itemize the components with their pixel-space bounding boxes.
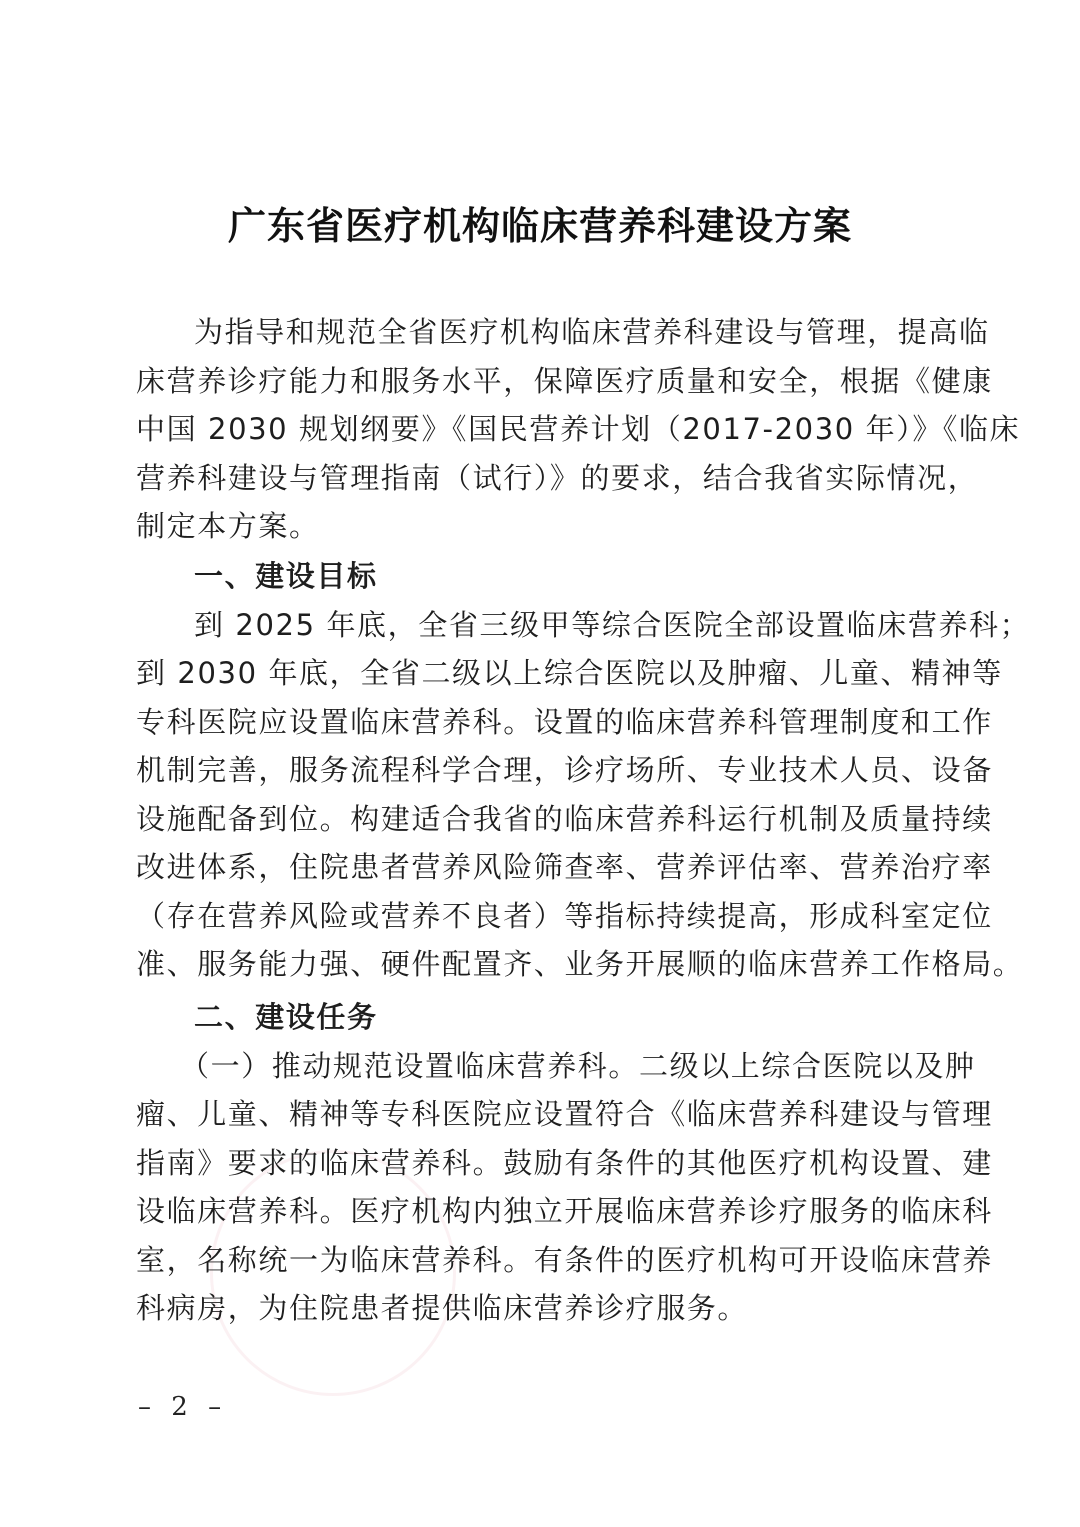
section-construction-goals: 一、建设目标 到 2025 年底，全省三级甲等综合医院全部设置临床营养科； 到 … [136,552,944,989]
text-line: 设临床营养科。医疗机构内独立开展临床营养诊疗服务的临床科 [136,1187,944,1236]
page-number: – 2 – [138,1392,227,1422]
text-line: 到 2025 年底，全省三级甲等综合医院全部设置临床营养科； [136,601,944,650]
section-heading: 二、建设任务 [136,993,944,1042]
intro-paragraph: 为指导和规范全省医疗机构临床营养科建设与管理，提高临 床营养诊疗能力和服务水平，… [136,308,944,551]
section-heading: 一、建设目标 [136,552,944,601]
text-line: 到 2030 年底，全省二级以上综合医院以及肿瘤、儿童、精神等 [136,649,944,698]
text-line: 室，名称统一为临床营养科。有条件的医疗机构可开设临床营养 [136,1236,944,1285]
text-line: 准、服务能力强、硬件配置齐、业务开展顺的临床营养工作格局。 [136,940,944,989]
text-line: 改进体系，住院患者营养风险筛查率、营养评估率、营养治疗率 [136,843,944,892]
text-line: 制定本方案。 [136,502,944,551]
text-line: （一）推动规范设置临床营养科。二级以上综合医院以及肿 [136,1042,944,1091]
text-line: 中国 2030 规划纲要》《国民营养计划（2017-2030 年）》《临床 [136,405,944,454]
document-page: 广东省医疗机构临床营养科建设方案 为指导和规范全省医疗机构临床营养科建设与管理，… [0,0,1080,1527]
text-line: 科病房，为住院患者提供临床营养诊疗服务。 [136,1284,944,1333]
text-line: （存在营养风险或营养不良者）等指标持续提高，形成科室定位 [136,892,944,941]
text-line: 床营养诊疗能力和服务水平，保障医疗质量和安全，根据《健康 [136,357,944,406]
text-line: 设施配备到位。构建适合我省的临床营养科运行机制及质量持续 [136,795,944,844]
text-line: 专科医院应设置临床营养科。设置的临床营养科管理制度和工作 [136,698,944,747]
text-line: 营养科建设与管理指南（试行）》的要求，结合我省实际情况， [136,454,944,503]
text-line: 瘤、儿童、精神等专科医院应设置符合《临床营养科建设与管理 [136,1090,944,1139]
text-line: 机制完善，服务流程科学合理，诊疗场所、专业技术人员、设备 [136,746,944,795]
document-title: 广东省医疗机构临床营养科建设方案 [0,196,1080,256]
text-line: 指南》要求的临床营养科。鼓励有条件的其他医疗机构设置、建 [136,1139,944,1188]
text-line: 为指导和规范全省医疗机构临床营养科建设与管理，提高临 [136,308,944,357]
section-construction-tasks: 二、建设任务 （一）推动规范设置临床营养科。二级以上综合医院以及肿 瘤、儿童、精… [136,993,944,1333]
